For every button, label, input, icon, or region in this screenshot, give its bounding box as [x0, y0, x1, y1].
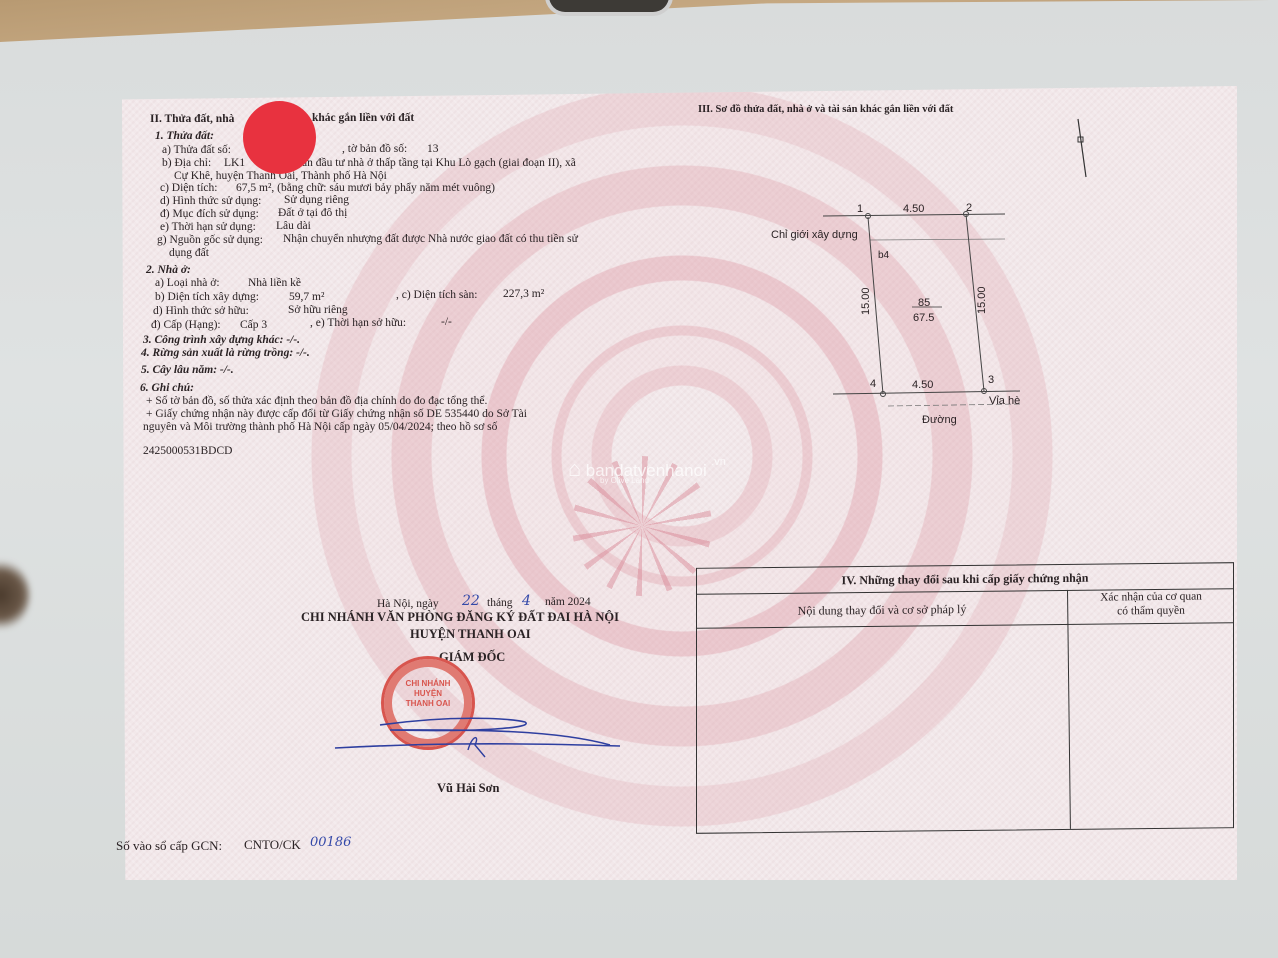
notes-line-2: + Giấy chứng nhận này được cấp đổi từ Gi…: [146, 408, 527, 421]
registry-prefix: CNTO/CK: [244, 837, 301, 853]
use-form-label: d) Hình thức sử dụng:: [160, 195, 261, 208]
col-change-content: Nội dung thay đổi và cơ sở pháp lý: [697, 593, 1067, 627]
origin-value-2: dụng đất: [169, 247, 209, 260]
parcel-number: 85: [918, 297, 930, 309]
notes-heading: 6. Ghi chú:: [140, 382, 194, 395]
address-label: b) Địa chỉ:: [162, 157, 211, 170]
corner-1: 1: [857, 203, 863, 215]
left-length: 15.00: [860, 287, 872, 315]
parcel-number-label: a) Thửa đất số:: [162, 144, 231, 157]
build-area-value: 59,7 m²: [289, 291, 324, 304]
section-2-title-left: II. Thửa đất, nhà: [150, 113, 234, 126]
build-line-label: Chỉ giới xây dựng: [771, 229, 858, 241]
own-term-label: , e) Thời hạn sở hữu:: [310, 317, 406, 330]
handwritten-signature: [330, 700, 630, 760]
house-type-label: a) Loại nhà ở:: [155, 277, 220, 290]
right-length: 15.00: [976, 286, 988, 314]
plot-code: b4: [878, 250, 889, 261]
issuing-district: HUYỆN THANH OAI: [410, 627, 531, 642]
build-area-label: b) Diện tích xây dựng:: [155, 291, 259, 304]
redaction-mark: [243, 101, 316, 174]
bottom-width: 4.50: [912, 379, 933, 391]
area-value: 67,5 m², (bằng chữ: sáu mươi bảy phẩy nă…: [236, 182, 495, 195]
changes-table: IV. Những thay đổi sau khi cấp giấy chứn…: [696, 562, 1234, 834]
map-sheet-label: , tờ bản đồ số:: [342, 143, 407, 156]
production-forest: 4. Rừng sản xuất là rừng trồng: -/-.: [141, 347, 310, 360]
perennial-trees: 5. Cây lâu năm: -/-.: [141, 364, 234, 377]
use-purpose-label: đ) Mục đích sử dụng:: [160, 208, 259, 221]
notes-line-1: + Số tờ bản đồ, số thửa xác định theo bả…: [146, 395, 487, 408]
parcel-diagram: [690, 95, 1110, 435]
registry-value: 00186: [310, 835, 351, 850]
registry-label: Số vào sổ cấp GCN:: [116, 838, 222, 854]
use-term-value: Lâu dài: [276, 220, 311, 233]
address-value-2: ăn đầu tư nhà ở thấp tầng tại Khu Lò gạc…: [302, 157, 576, 170]
desk-object: [545, 0, 673, 16]
seal-line-2: HUYỆN: [384, 689, 472, 699]
grade-value: Cấp 3: [240, 319, 267, 332]
land-heading: 1. Thửa đất:: [155, 130, 214, 143]
address-value-1: LK1: [224, 157, 245, 170]
own-term-value: -/-: [441, 316, 452, 329]
date-month: 4: [522, 593, 531, 609]
corner-4: 4: [870, 378, 876, 390]
signer-name: Vũ Hải Sơn: [437, 781, 500, 796]
section-2-title-right: khác gắn liền với đất: [312, 112, 414, 125]
ownership-label: d) Hình thức sở hữu:: [153, 305, 249, 318]
grade-label: đ) Cấp (Hạng):: [151, 319, 221, 332]
floor-area-value: 227,3 m²: [503, 288, 544, 301]
date-day: 22: [462, 593, 480, 609]
site-watermark: ⌂ bandatvenhanoi .vn by Olive Land: [568, 456, 726, 485]
house-heading: 2. Nhà ở:: [146, 264, 191, 277]
col-authority-confirmation: Xác nhận của cơ quan có thẩm quyền: [1069, 589, 1233, 619]
road-label: Đường: [922, 414, 957, 426]
blurred-object: [0, 560, 30, 630]
month-label: tháng: [487, 597, 513, 610]
col2-line2: có thẩm quyền: [1069, 603, 1233, 619]
seal-line-1: CHI NHÁNH: [384, 679, 472, 689]
house-type-value: Nhà liền kề: [248, 277, 301, 290]
table-column-divider: [1067, 590, 1071, 829]
ownership-value: Sở hữu riêng: [288, 304, 348, 317]
other-construction: 3. Công trình xây dựng khác: -/-.: [143, 334, 300, 347]
use-purpose-value: Đất ở tại đô thị: [278, 207, 347, 220]
year-label: năm 2024: [545, 596, 591, 609]
issuing-office: CHI NHÁNH VĂN PHÒNG ĐĂNG KÝ ĐẤT ĐAI HÀ N…: [301, 610, 619, 625]
notes-line-4: 2425000531BDCD: [143, 445, 232, 458]
corner-2: 2: [966, 202, 972, 214]
origin-label: g) Nguồn gốc sử dụng:: [157, 234, 263, 247]
map-sheet-value: 13: [427, 143, 439, 156]
parcel-area: 67.5: [913, 312, 934, 324]
sidewalk-label: Vỉa hè: [989, 395, 1020, 407]
use-form-value: Sử dụng riêng: [284, 194, 349, 207]
notes-line-3: nguyên và Môi trường thành phố Hà Nội cấ…: [143, 421, 497, 434]
area-label: c) Diện tích:: [160, 182, 217, 195]
floor-area-label: , c) Diện tích sàn:: [396, 289, 477, 302]
top-width: 4.50: [903, 203, 924, 215]
origin-value-1: Nhận chuyển nhượng đất được Nhà nước gia…: [283, 233, 578, 246]
use-term-label: e) Thời hạn sử dụng:: [160, 221, 256, 234]
corner-3: 3: [988, 374, 994, 386]
house-logo-icon: ⌂: [568, 456, 581, 481]
watermark-tld: .vn: [711, 456, 726, 468]
